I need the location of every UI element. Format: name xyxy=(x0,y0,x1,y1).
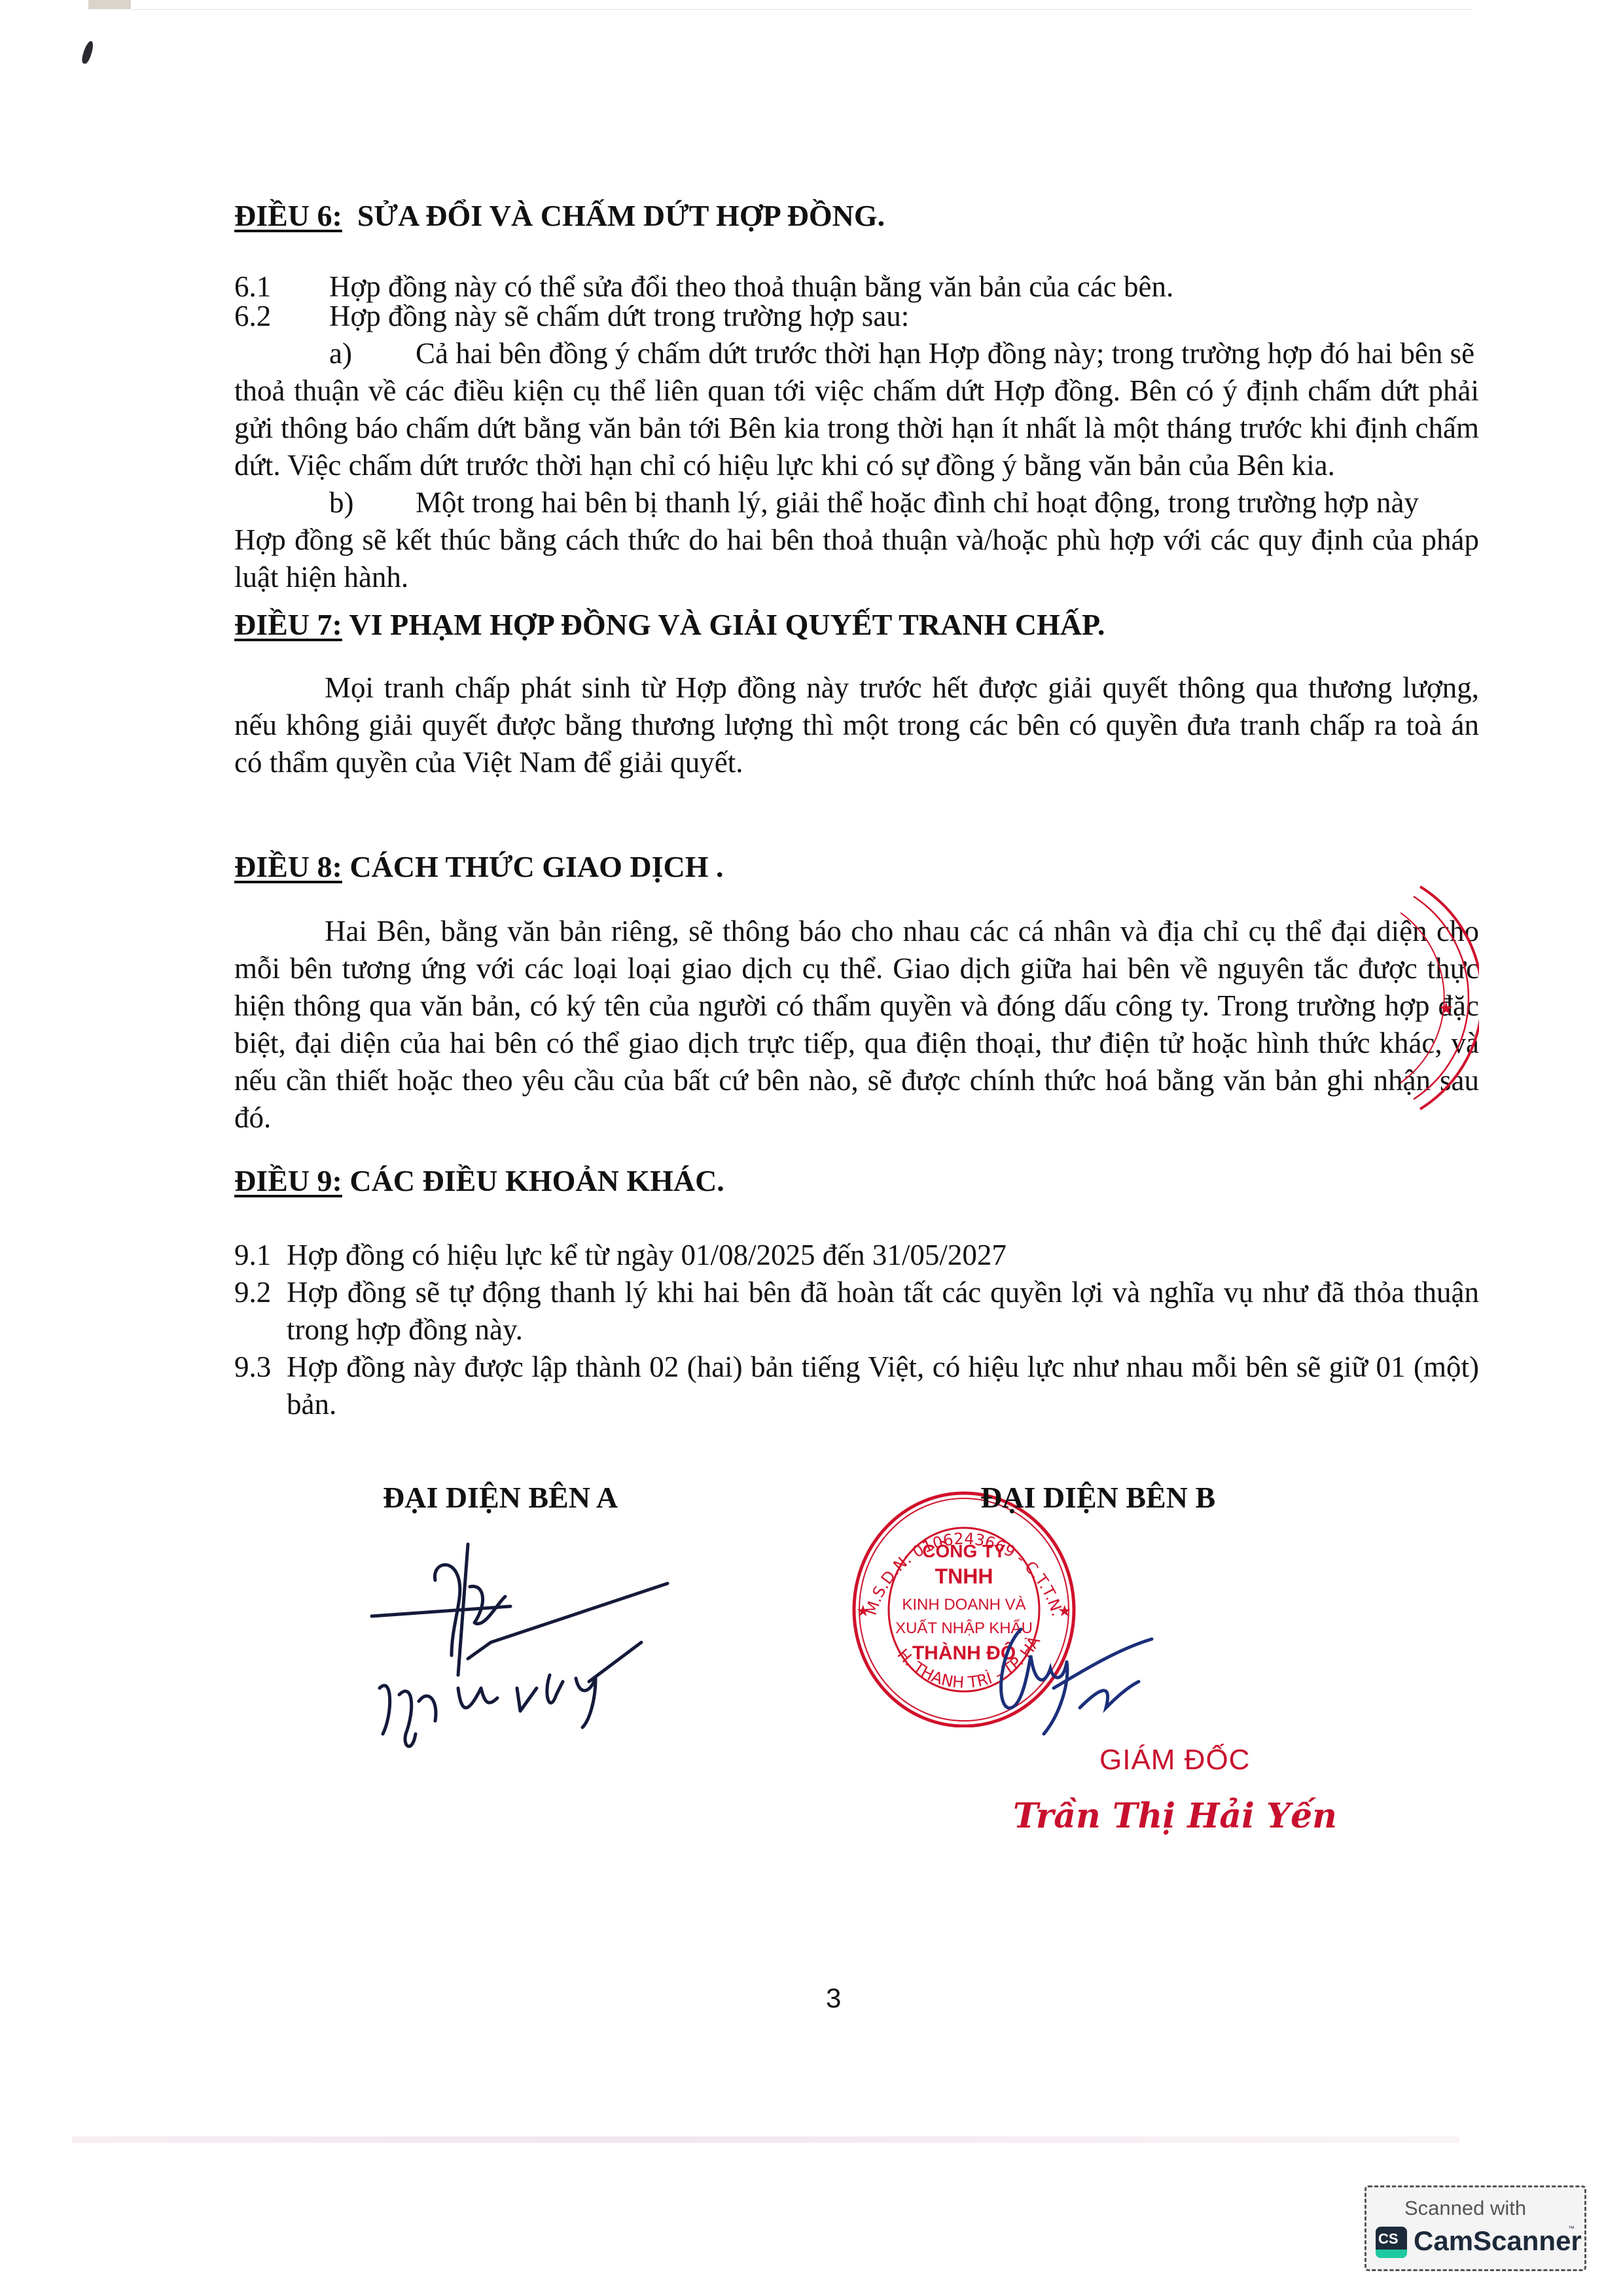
clause-6-2-b-rest: Hợp đồng sẽ kết thúc bằng cách thức do h… xyxy=(234,521,1479,596)
trademark: ™ xyxy=(1568,2225,1575,2233)
section-7-heading: ĐIỀU 7: VI PHẠM HỢP ĐỒNG VÀ GIẢI QUYẾT T… xyxy=(234,605,1479,645)
clause-9-1: 9.1 Hợp đồng có hiệu lực kể từ ngày 01/0… xyxy=(234,1237,1479,1274)
clause-6-2: 6.2 Hợp đồng này sẽ chấm dứt trong trườn… xyxy=(234,298,1479,335)
svg-text:★: ★ xyxy=(856,1602,870,1620)
logo-bar xyxy=(1376,2250,1407,2258)
svg-text:★: ★ xyxy=(1438,999,1454,1019)
party-a-title: ĐẠI DIỆN BÊN A xyxy=(383,1480,618,1515)
section-8-heading: ĐIỀU 8: CÁCH THỨC GIAO DỊCH . xyxy=(234,847,1479,887)
party-b-title: ĐẠI DIỆN BÊN B xyxy=(980,1480,1215,1515)
sub-clause-number: a) xyxy=(329,335,416,372)
section-8-title: CÁCH THỨC GIAO DỊCH . xyxy=(349,850,723,883)
clause-text: Hợp đồng này được lập thành 02 (hai) bản… xyxy=(287,1349,1479,1423)
section-6-heading: ĐIỀU 6: SỬA ĐỔI VÀ CHẤM DỨT HỢP ĐỒNG. xyxy=(234,196,1479,236)
sub-clause-text: Cả hai bên đồng ý chấm dứt trước thời hạ… xyxy=(416,335,1474,372)
clause-9-3: 9.3 Hợp đồng này được lập thành 02 (hai)… xyxy=(234,1349,1479,1423)
logo-text: CS xyxy=(1378,2231,1399,2248)
party-b-position: GIÁM ĐỐC xyxy=(1099,1744,1250,1776)
section-8: ĐIỀU 8: CÁCH THỨC GIAO DỊCH . Hai Bên, b… xyxy=(234,847,1479,1137)
party-a-signature-icon xyxy=(353,1525,707,1760)
section-9-heading: ĐIỀU 9: CÁC ĐIỀU KHOẢN KHÁC. xyxy=(234,1161,1479,1201)
clause-9-2: 9.2 Hợp đồng sẽ tự động thanh lý khi hai… xyxy=(234,1274,1479,1349)
camscanner-brand: CamScanner xyxy=(1414,2225,1582,2257)
scanned-with-text: Scanned with xyxy=(1404,2197,1526,2220)
stamp-line-1: CÔNG TY xyxy=(922,1540,1006,1561)
camscanner-logo-icon: CS xyxy=(1376,2227,1407,2258)
section-9-label: ĐIỀU 9: xyxy=(234,1164,342,1197)
section-7-title: VI PHẠM HỢP ĐỒNG VÀ GIẢI QUYẾT TRANH CHẤ… xyxy=(349,608,1105,641)
section-6-title: SỬA ĐỔI VÀ CHẤM DỨT HỢP ĐỒNG. xyxy=(357,199,885,232)
clause-6-2-a-first: a) Cả hai bên đồng ý chấm dứt trước thời… xyxy=(234,335,1479,372)
section-9: ĐIỀU 9: CÁC ĐIỀU KHOẢN KHÁC. 9.1 Hợp đồn… xyxy=(234,1161,1479,1423)
clause-number: 9.2 xyxy=(234,1274,287,1349)
section-7: ĐIỀU 7: VI PHẠM HỢP ĐỒNG VÀ GIẢI QUYẾT T… xyxy=(234,605,1479,781)
section-6-label: ĐIỀU 6: xyxy=(234,199,342,232)
clause-6-2-a-rest: thoả thuận về các điều kiện cụ thể liên … xyxy=(234,372,1479,484)
section-9-title: CÁC ĐIỀU KHOẢN KHÁC. xyxy=(349,1164,724,1197)
section-7-label: ĐIỀU 7: xyxy=(234,608,342,641)
clause-number: 9.3 xyxy=(234,1349,287,1423)
clause-text: Hợp đồng sẽ tự động thanh lý khi hai bên… xyxy=(287,1274,1479,1349)
sub-clause-text: Một trong hai bên bị thanh lý, giải thể … xyxy=(416,484,1419,521)
page-top-edge xyxy=(131,0,1472,10)
section-6: ĐIỀU 6: SỬA ĐỔI VÀ CHẤM DỨT HỢP ĐỒNG. 6.… xyxy=(234,196,1479,596)
clause-6-2-b-first: b) Một trong hai bên bị thanh lý, giải t… xyxy=(234,484,1479,521)
page-number: 3 xyxy=(826,1983,841,2014)
clause-text: Hợp đồng này sẽ chấm dứt trong trường hợ… xyxy=(329,298,909,335)
clause-number: 6.2 xyxy=(234,298,329,335)
stamp-line-2: TNHH xyxy=(935,1564,993,1588)
party-b-signature-icon xyxy=(982,1610,1178,1740)
section-7-body: Mọi tranh chấp phát sinh từ Hợp đồng này… xyxy=(234,669,1479,781)
camscanner-watermark: Scanned with CS CamScanner ™ xyxy=(1364,2185,1586,2271)
clause-number: 9.1 xyxy=(234,1237,287,1274)
party-b-name: Trần Thị Hải Yến xyxy=(1013,1796,1337,1836)
sub-clause-number: b) xyxy=(329,484,416,521)
partial-stamp-icon: ★ xyxy=(1400,880,1479,1116)
scan-artifact xyxy=(72,2136,1459,2143)
section-8-body: Hai Bên, bằng văn bản riêng, sẽ thông bá… xyxy=(234,913,1479,1137)
clause-text: Hợp đồng có hiệu lực kể từ ngày 01/08/20… xyxy=(287,1237,1479,1274)
scan-smudge xyxy=(80,40,96,65)
section-8-label: ĐIỀU 8: xyxy=(234,850,342,883)
